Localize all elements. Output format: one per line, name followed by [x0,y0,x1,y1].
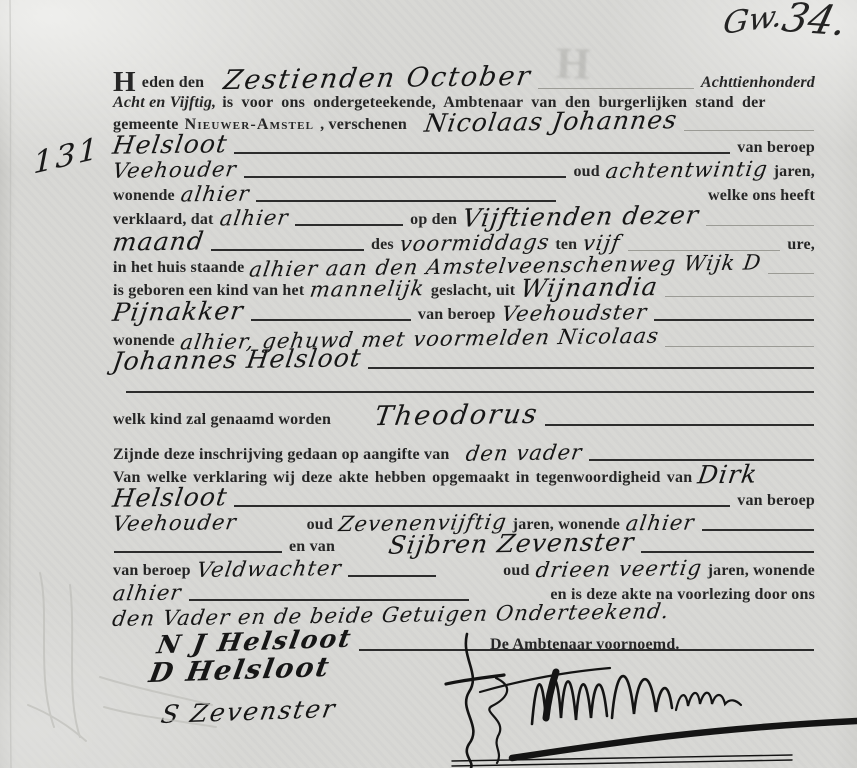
daypart-hw: voormiddags [398,232,551,255]
mother-profession-hw: Veehoudster [500,302,648,325]
mother-surname-hw: Pijnakker [111,298,245,325]
hour-hw: vijf [582,233,622,255]
fill-rule [234,152,730,154]
line-witness2-name: en van Sijbren Zevenster [113,532,815,556]
fill-rule [684,130,814,131]
welke-ons-heeft-label: welke ons heeft [708,187,815,205]
fill-rule [126,391,814,393]
birth-day-hw: Vijftienden dezer [461,202,701,230]
van-beroep-label: van beroep [737,139,815,157]
line-mother-surname: Pijnakker van beroep Veehoudster [113,300,815,324]
fill-rule [368,367,814,369]
witness2-age-hw: drieen veertig [534,558,703,581]
bleed-through-marks [8,555,238,768]
house-label: in het huis staande [113,259,244,277]
folio-prefix: Gw. [721,0,784,42]
child-name-label: welk kind zal genaamd worden [113,411,331,429]
line-birth-declared: verklaard, dat alhier op den Vijftienden… [113,205,815,229]
aangifte-label: Zijnde deze inschrijving gedaan op aangi… [113,446,450,464]
child-name-hw: Theodorus [373,401,541,430]
aangever-hw: den vader [464,442,584,465]
en-van-label: en van [289,538,335,556]
op-den-label: op den [410,211,457,229]
fill-rule [654,319,814,321]
fill-rule [251,319,411,321]
gender-hw: mannelijk [309,278,427,301]
declarant-age-hw: achtentwintig [604,159,769,182]
verschenen-label: , verschenen [320,116,407,134]
fill-rule [114,551,282,553]
act-number: 131 [33,131,100,182]
fill-rule [706,225,814,226]
ure-label: ure, [787,236,815,254]
witness2-name-hw: Sijbren Zevenster [387,529,636,557]
fill-rule [295,224,403,226]
line-declarant-residence: wonende alhier welke ons heeft [113,181,815,205]
official-label: De Ambtenaar voornoemd. [490,636,680,654]
mother-given-hw: Wijnandia [519,274,660,301]
fill-rule [768,273,814,274]
witness2-oud-label: oud [503,562,529,580]
ten-label: ten [555,236,577,254]
witness1-van-beroep-label: van beroep [737,492,815,510]
oud-label: oud [573,163,599,181]
line-child-name: welk kind zal genaamd worden Theodorus [113,399,815,429]
folio-annotation: Gw. 34. [724,2,847,38]
fill-rule [665,296,814,297]
fill-rule [641,551,814,553]
fold-crease [0,0,24,768]
geslacht-uit-label: geslacht, uit [431,282,515,300]
mother-spouse-hw: Johannes Helsloot [111,345,363,373]
declarant-residence-hw: alhier [179,184,251,206]
wonende-label: wonende [113,187,175,205]
line-declarant-profession: Veehouder oud achtentwintig jaren, [113,157,815,181]
birth-certificate-page: H Gw. 34. 131 H eden den Zestienden Octo… [0,0,857,768]
fill-rule [234,505,730,507]
folio-number: 34. [779,0,851,40]
maand-hw: maand [111,228,206,254]
fill-rule [256,200,556,202]
declarant-given-hw: Nicolaas Johannes [423,107,679,136]
birth-place-hw: alhier [218,208,290,230]
fill-rule [244,176,567,178]
fill-rule [702,529,814,531]
mother-van-beroep-label: van beroep [418,306,496,324]
fill-rule [665,346,814,347]
des-label: des [371,236,394,254]
line-witness1-surname: Helsloot van beroep [113,486,815,510]
witness2-jaren-label: jaren, wonende [708,562,815,580]
declarant-profession-hw: Veehouder [111,159,238,182]
fill-rule [545,424,814,426]
declarant-surname-hw: Helsloot [111,131,229,158]
line-mother-spouse: Johannes Helsloot [113,348,815,372]
witness1-surname-hw: Helsloot [111,484,229,511]
witness1-given-hw: Dirk [696,462,759,488]
jaren-label: jaren, [774,163,815,181]
line-blank [125,372,815,396]
fill-rule [348,575,436,577]
line-birth-house: in het huis staande alhier aan den Amste… [113,253,815,277]
line-declarant-surname: Helsloot van beroep [113,133,815,157]
fill-rule [211,249,364,251]
